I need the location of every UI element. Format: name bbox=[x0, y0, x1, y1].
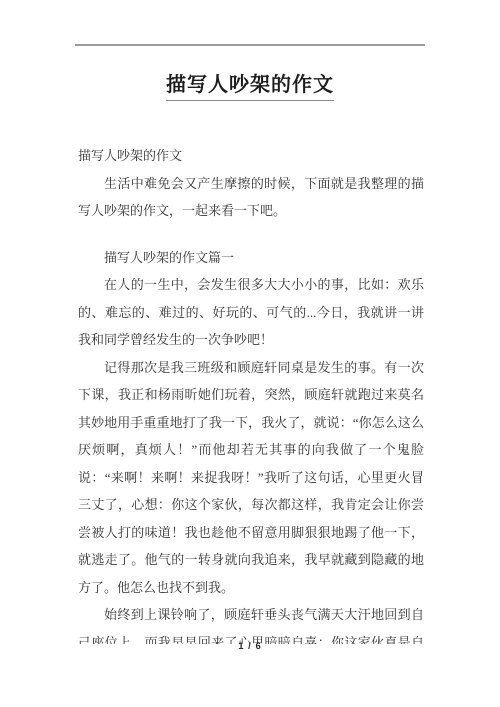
document-body: 描写人吵架的作文 生活中难免会又产生摩擦的时候，下面就是我整理的描写人吵架的作文… bbox=[78, 142, 424, 644]
document-title: 描写人吵架的作文 bbox=[0, 72, 500, 101]
paragraph-section-heading: 描写人吵架的作文篇一 bbox=[78, 244, 424, 272]
paragraph-body-2: 记得那次是我三班级和顾庭轩同桌是发生的事。有一次下课，我正和杨雨昕她们玩着，突然… bbox=[78, 354, 424, 602]
document-page: 描写人吵架的作文 描写人吵架的作文 生活中难免会又产生摩擦的时候，下面就是我整理… bbox=[0, 0, 500, 707]
paragraph-body-3: 始终到上课铃响了，顾庭轩垂头丧气满天大汗地回到自己座位上。而我早早回来了心里暗暗… bbox=[78, 601, 424, 644]
header-divider bbox=[75, 44, 425, 46]
paragraph-intro: 生活中难免会又产生摩擦的时候，下面就是我整理的描写人吵架的作文，一起来看一下吧。 bbox=[78, 170, 424, 225]
document-title-text: 描写人吵架的作文 bbox=[166, 72, 334, 101]
paragraph-body-1: 在人的一生中，会发生很多大大小小的事，比如：欢乐的、难忘的、难过的、好玩的、可气… bbox=[78, 271, 424, 354]
page-number: 1 / 6 bbox=[0, 641, 500, 652]
paragraph-lead-title: 描写人吵架的作文 bbox=[78, 142, 424, 170]
